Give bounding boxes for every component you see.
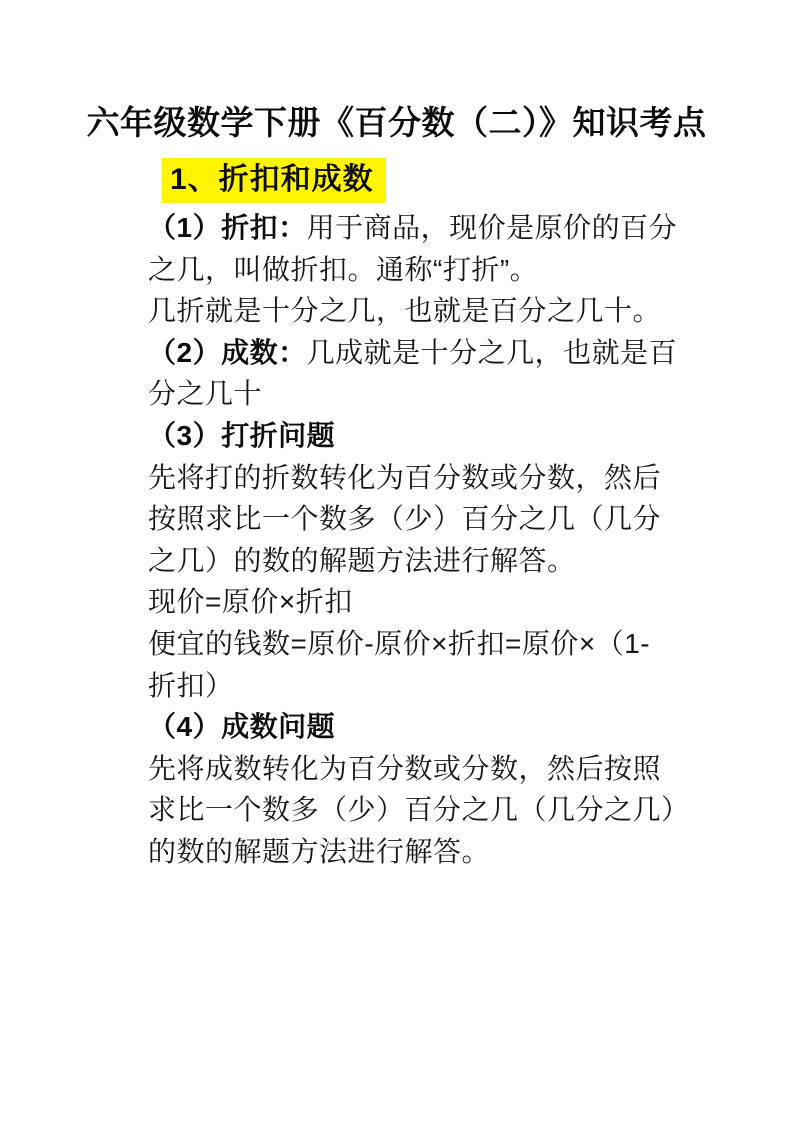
line-text: 分之几十	[148, 378, 262, 409]
line-text: 几成就是十分之几，也就是百	[307, 337, 678, 368]
page-title: 六年级数学下册《百分数（二）》知识考点	[0, 0, 793, 145]
line-text: 几折就是十分之几，也就是百分之几十。	[148, 295, 661, 326]
line-text: 的数的解题方法进行解答。	[148, 836, 490, 867]
line-lead-bold: （2）成数：	[148, 337, 307, 368]
text-line: 之几，叫做折扣。通称“打折”。	[148, 249, 708, 291]
line-text: 便宜的钱数=原价-原价×折扣=原价×（1-	[148, 628, 650, 659]
line-lead-bold: （4）成数问题	[148, 711, 335, 742]
line-text: 按照求比一个数多（少）百分之几（几分	[148, 503, 661, 534]
text-line: 之几）的数的解题方法进行解答。	[148, 540, 708, 582]
text-line: 按照求比一个数多（少）百分之几（几分	[148, 498, 708, 540]
section-heading-row: 1、折扣和成数	[162, 158, 793, 203]
line-text: 现价=原价×折扣	[148, 586, 353, 617]
document-body: （1）折扣：用于商品，现价是原价的百分 之几，叫做折扣。通称“打折”。 几折就是…	[148, 207, 708, 873]
text-line: 求比一个数多（少）百分之几（几分之几）	[148, 789, 708, 831]
line-text: 之几）的数的解题方法进行解答。	[148, 545, 576, 576]
line-text: 先将打的折数转化为百分数或分数，然后	[148, 462, 661, 493]
line-lead-bold: （3）打折问题	[148, 420, 335, 451]
text-line: 几折就是十分之几，也就是百分之几十。	[148, 290, 708, 332]
text-line: 先将成数转化为百分数或分数，然后按照	[148, 748, 708, 790]
text-line: 现价=原价×折扣	[148, 581, 708, 623]
line-lead-bold: （1）折扣：	[148, 212, 307, 243]
section-heading: 1、折扣和成数	[162, 158, 386, 203]
text-line: 便宜的钱数=原价-原价×折扣=原价×（1-	[148, 623, 708, 665]
line-text: 先将成数转化为百分数或分数，然后按照	[148, 753, 661, 784]
text-line: 先将打的折数转化为百分数或分数，然后	[148, 457, 708, 499]
line-text: 用于商品，现价是原价的百分	[307, 212, 678, 243]
text-line: （3）打折问题	[148, 415, 708, 457]
text-line: （1）折扣：用于商品，现价是原价的百分	[148, 207, 708, 249]
text-line: 折扣）	[148, 665, 708, 707]
text-line: 分之几十	[148, 373, 708, 415]
text-line: （2）成数：几成就是十分之几，也就是百	[148, 332, 708, 374]
line-text: 之几，叫做折扣。通称“打折”。	[148, 254, 538, 285]
document-page: 六年级数学下册《百分数（二）》知识考点 1、折扣和成数 （1）折扣：用于商品，现…	[0, 0, 793, 1122]
line-text: 折扣）	[148, 670, 234, 701]
text-line: 的数的解题方法进行解答。	[148, 831, 708, 873]
text-line: （4）成数问题	[148, 706, 708, 748]
line-text: 求比一个数多（少）百分之几（几分之几）	[148, 794, 690, 825]
